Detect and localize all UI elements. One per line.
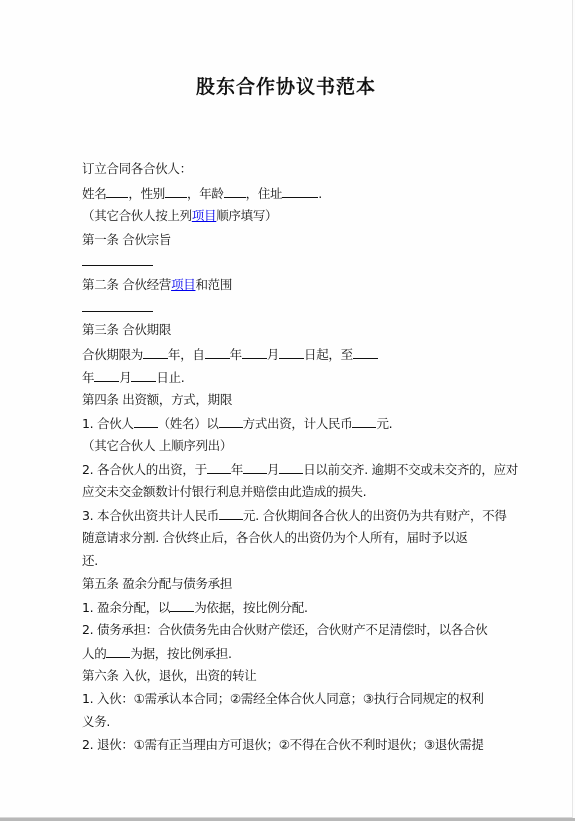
contribution-text: 元. 合伙期间各合伙人的出资仍为共有财产，不得: [243, 508, 507, 523]
blank-start-day: [279, 346, 304, 359]
label-address: ，住址: [246, 186, 283, 201]
blank-pay-month: [243, 461, 267, 474]
period: .: [318, 186, 322, 201]
term-text: 年: [230, 347, 242, 362]
blank-end-day: [131, 369, 156, 382]
contribution-line-3: 应交未交金额数计付银行利息并赔偿由此造成的损失.: [82, 484, 366, 500]
article-1-heading: 第一条 合伙宗旨: [82, 232, 171, 248]
blank-total-amount: [219, 507, 243, 520]
article-5-heading: 第五条 盈余分配与债务承担: [82, 576, 232, 592]
document-title: 股东合作协议书范本: [0, 72, 572, 99]
admission-line-2: 义务.: [82, 714, 110, 730]
blank-rule-article-2: [82, 311, 153, 312]
other-partners-note: （其它合伙人 上顺序列出）: [82, 438, 232, 454]
blank-method: [219, 415, 243, 428]
blank-years: [143, 346, 168, 359]
blank-end-month: [94, 369, 119, 382]
term-text: 月: [267, 347, 279, 362]
project-link-2[interactable]: 项目: [171, 277, 195, 292]
contribution-line-1: 1. 合伙人（姓名）以方式出资，计人民币元.: [82, 415, 392, 432]
contribution-text: 年: [231, 462, 243, 477]
article-2-heading: 第二条 合伙经营项目和范围: [82, 277, 232, 293]
term-text: 日起，至: [304, 347, 353, 362]
withdrawal-line-1: 2. 退伙：①需有正当理由方可退伙；②不得在合伙不利时退伙；③退伙需提: [82, 737, 484, 753]
label-age: ，年龄: [187, 186, 224, 201]
term-line-2: 年月日止.: [82, 369, 184, 386]
debt-line-1: 2. 债务承担：合伙债务先由合伙财产偿还，合伙财产不足清偿时，以各合伙: [82, 622, 487, 638]
blank-end-year: [353, 346, 378, 359]
contribution-line-5: 随意请求分割. 合伙终止后，各合伙人的出资仍为个人所有，届时予以返: [82, 530, 468, 546]
label-gender: ，性别: [128, 186, 165, 201]
blank-address: [282, 185, 318, 198]
blank-name: [106, 185, 128, 198]
contribution-line-2: 2. 各合伙人的出资，于年月日以前交齐. 逾期不交或未交齐的，应对: [82, 461, 518, 478]
profit-line: 1. 盈余分配，以为依据，按比例分配.: [82, 599, 308, 616]
admission-line-1: 1. 入伙：①需承认本合同；②需经全体合伙人同意；③执行合同规定的权利: [82, 691, 484, 707]
blank-start-month: [242, 346, 267, 359]
term-text: 日止.: [156, 370, 184, 385]
article-2-text: 第二条 合伙经营: [82, 277, 171, 292]
article-4-heading: 第四条 出资额，方式，期限: [82, 392, 232, 408]
contribution-text: 3. 本合伙出资共计人民币: [82, 508, 219, 523]
partner-info-line: 姓名，性别，年龄，住址.: [82, 185, 322, 202]
label-name: 姓名: [82, 186, 106, 201]
article-6-heading: 第六条 入伙，退伙，出资的转让: [82, 668, 256, 684]
project-link[interactable]: 项目: [192, 208, 216, 223]
contribution-line-4: 3. 本合伙出资共计人民币元. 合伙期间各合伙人的出资仍为共有财产，不得: [82, 507, 507, 524]
blank-rule-article-1: [82, 265, 153, 266]
article-3-heading: 第三条 合伙期限: [82, 322, 171, 338]
contribution-text: 1. 合伙人: [82, 416, 134, 431]
blank-pay-year: [207, 461, 231, 474]
term-text: 年，自: [168, 347, 205, 362]
contribution-text: 月: [267, 462, 279, 477]
note-text-end: 顺序填写）: [216, 208, 277, 223]
blank-profit-basis: [170, 599, 194, 612]
partners-heading: 订立合同各合伙人：: [82, 161, 192, 177]
blank-start-year: [205, 346, 230, 359]
blank-amount: [352, 415, 376, 428]
debt-text: 为据，按比例承担.: [130, 646, 231, 661]
blank-gender: [165, 185, 187, 198]
profit-text: 为依据，按比例分配.: [194, 600, 307, 615]
contribution-text: 日以前交齐. 逾期不交或未交齐的，应对: [303, 462, 518, 477]
debt-text: 人的: [82, 646, 106, 661]
article-2-text-end: 和范围: [195, 277, 232, 292]
contribution-line-6: 还.: [82, 553, 98, 569]
fill-order-note: （其它合伙人按上列项目顺序填写）: [82, 208, 277, 224]
contribution-text: 元.: [376, 416, 392, 431]
document-page: 股东合作协议书范本 订立合同各合伙人： 姓名，性别，年龄，住址. （其它合伙人按…: [0, 0, 573, 818]
blank-pay-day: [279, 461, 303, 474]
blank-debt-basis: [106, 645, 130, 658]
contribution-text: 方式出资，计人民币: [243, 416, 353, 431]
note-text: （其它合伙人按上列: [82, 208, 192, 223]
term-text: 月: [119, 370, 131, 385]
term-text: 合伙期限为: [82, 347, 143, 362]
profit-text: 1. 盈余分配，以: [82, 600, 170, 615]
term-text: 年: [82, 370, 94, 385]
contribution-text: （姓名）以: [158, 416, 219, 431]
debt-line-2: 人的为据，按比例承担.: [82, 645, 232, 662]
contribution-text: 2. 各合伙人的出资，于: [82, 462, 207, 477]
blank-age: [224, 185, 246, 198]
blank-partner: [134, 415, 158, 428]
term-line-1: 合伙期限为年，自年月日起，至: [82, 346, 378, 363]
